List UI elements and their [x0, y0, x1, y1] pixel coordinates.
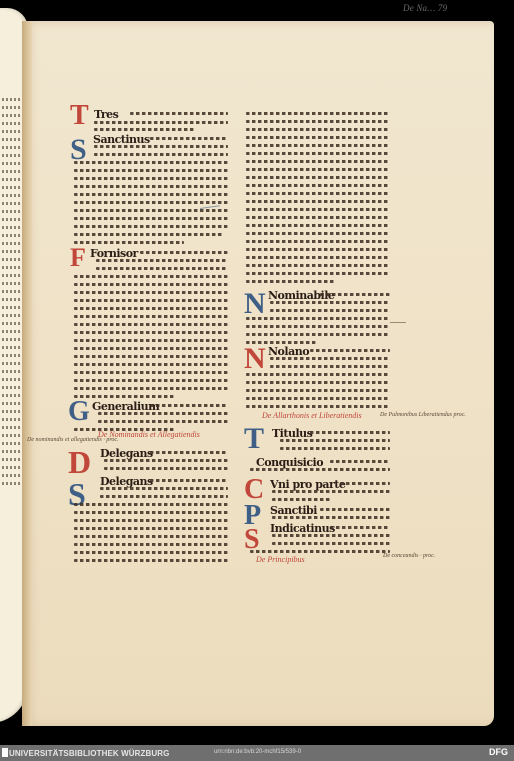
- margin-note: De nominandis et allegatiendis · proc.: [27, 437, 119, 443]
- urn-identifier: urn:nbn:de:bvb:20-mchf15/539-0: [214, 749, 301, 755]
- folio-label: De Na… 79: [403, 3, 447, 13]
- decorated-initial-n: N: [244, 289, 266, 319]
- folio-number: 79: [438, 3, 447, 13]
- decorated-initial-d: D: [68, 446, 91, 478]
- manuscript-viewer[interactable]: De Na… 79 T Tres S Sanctinus F Fornisor: [0, 0, 514, 745]
- dfg-logo[interactable]: DFG: [489, 747, 508, 757]
- page-gutter-shadow: [22, 21, 32, 726]
- margin-note: De conceandis · proc.: [383, 553, 435, 559]
- institution-logo[interactable]: UNIVERSITÄTSBIBLIOTHEK WÜRZBURG: [2, 748, 169, 758]
- entry-heading: Tres: [94, 108, 118, 121]
- decorated-initial-n2: N: [244, 344, 266, 374]
- institution-name: UNIVERSITÄTSBIBLIOTHEK WÜRZBURG: [9, 749, 169, 758]
- decorated-initial-f: F: [70, 245, 86, 271]
- margin-note: De Pulmonibus Liberatiendus proc.: [380, 412, 466, 418]
- viewer-footer-bar: UNIVERSITÄTSBIBLIOTHEK WÜRZBURG urn:nbn:…: [0, 745, 514, 761]
- decorated-initial-t2: T: [244, 424, 264, 454]
- decorated-initial-t: T: [70, 102, 89, 130]
- section-rubric: De Principibus: [256, 555, 305, 564]
- decorated-initial-g: G: [68, 398, 90, 426]
- section-rubric: De Allarthonis et Liberatiendis: [262, 411, 362, 420]
- library-logo-icon: [2, 748, 8, 757]
- folio-title: De Na…: [403, 3, 435, 13]
